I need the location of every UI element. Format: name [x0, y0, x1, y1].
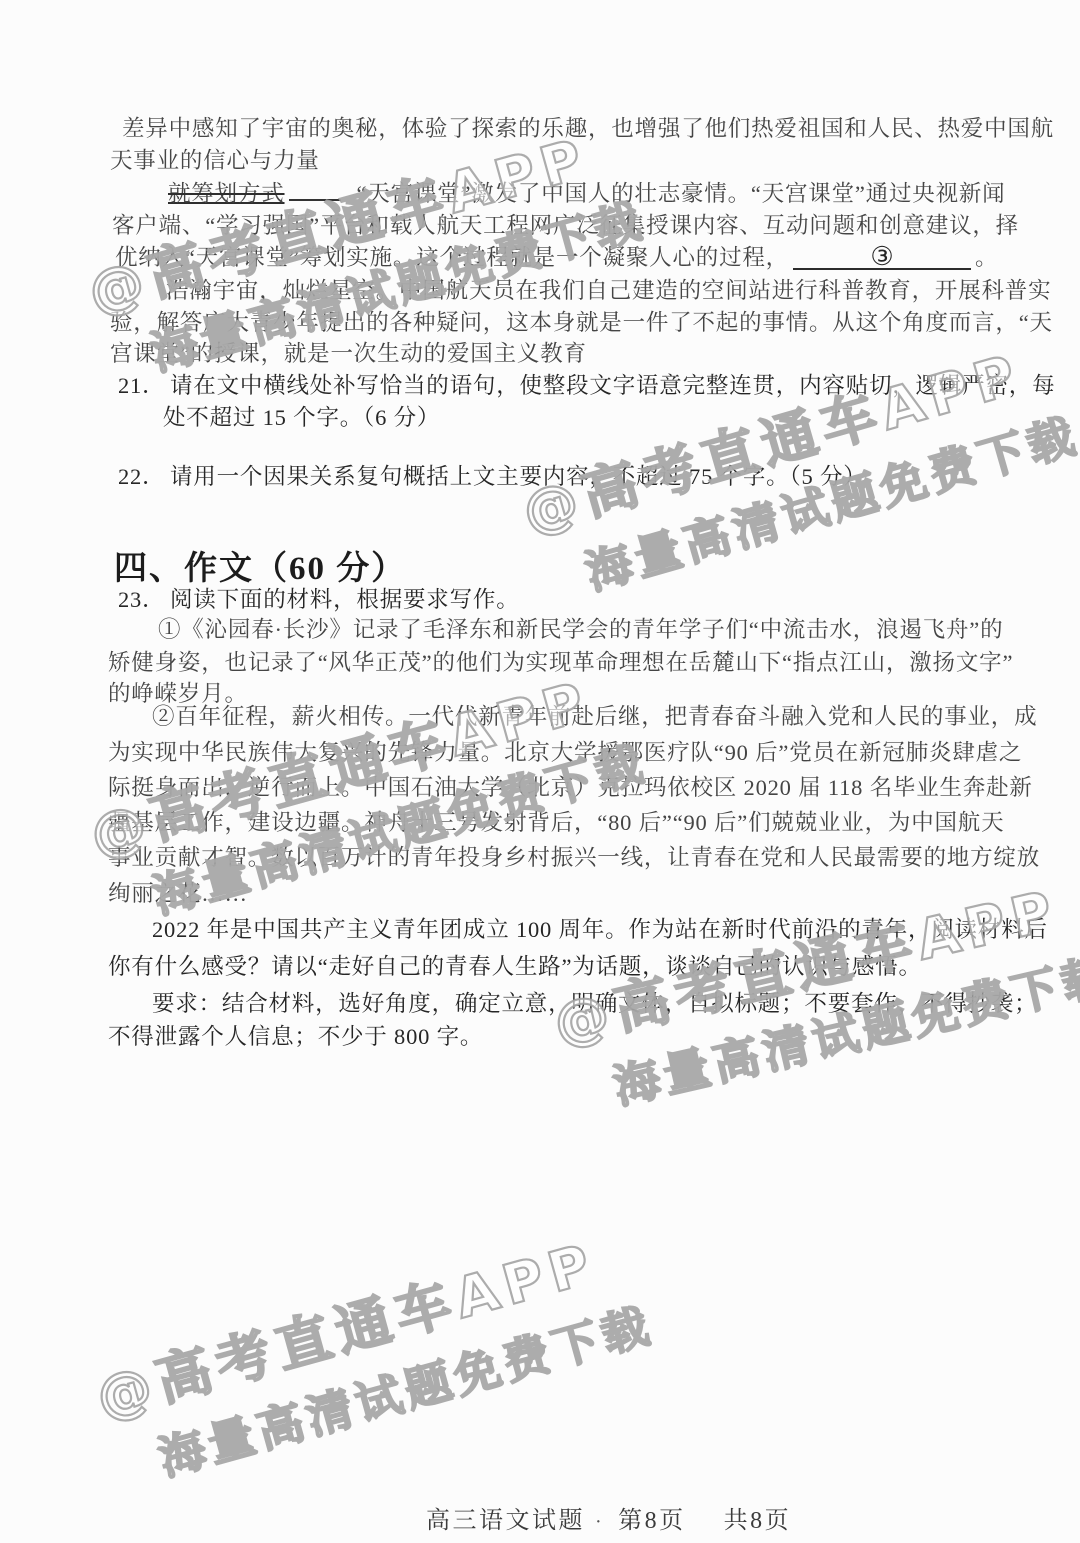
question-21-number: 21． — [118, 368, 170, 400]
question-22-number: 22． — [118, 459, 170, 491]
correction-line — [289, 195, 341, 201]
material-line: 不得泄露个人信息；不少于 800 字。 — [108, 1019, 483, 1051]
question-23-number: 23． — [118, 582, 170, 614]
watermark-app-name: @高考直通车APP — [86, 1209, 641, 1433]
circled-number-3: ③ — [870, 242, 893, 271]
fill-in-blank-3: ③ — [793, 247, 971, 270]
watermark-app-name: @高考直通车APP — [512, 319, 1066, 548]
material-line: ①《沁园春·长沙》记录了毛泽东和新民学会的青年学子们“中流击水，浪遏飞舟”的 — [158, 612, 1003, 644]
material-line: 要求：结合材料，选好角度，确定立意，明确文体，自拟标题；不要套作，不得抄袭； — [152, 986, 1037, 1018]
passage-line: 验，解答广大青少年提出的各种疑问，这本身就是一件了不起的事情。从这个角度而言，“… — [110, 305, 1053, 337]
question-23: 23．阅读下面的材料，根据要求写作。 — [118, 582, 520, 614]
material-line: 矫健身姿，也记录了“风华正茂”的他们为实现革命理想在岳麓山下“指点江山，激扬文字… — [108, 645, 1013, 677]
material-line: 为实现中华民族伟大复兴的先锋力量。北京大学援鄂医疗队“90 后”党员在新冠肺炎肆… — [108, 735, 1022, 767]
passage-line: 浩瀚宇宙，灿烂星空。中国航天员在我们自己建造的空间站进行科普教育，开展科普实 — [166, 273, 1051, 305]
material-line: 你有什么感受？请以“走好自己的青春人生路”为话题，谈谈自己的认识与感悟。 — [108, 949, 922, 981]
question-22: 22．请用一个因果关系复句概括上文主要内容，不超过 75 个字。（5 分） — [118, 459, 867, 491]
watermark-slogan: 海量高清试题免费下载 — [577, 399, 1080, 603]
passage-line: 客户端、“学习强国”平台和载人航天工程网广泛征集授课内容、互动问题和创意建议，择 — [112, 208, 1019, 240]
material-line: ②百年征程，薪火相传。一代代新青年前赴后继，把青春奋斗融入党和人民的事业，成 — [152, 699, 1037, 731]
watermark-slogan: 海量高清试题免费下载 — [151, 1289, 660, 1489]
passage-line: 宫课堂”的授课，就是一次生动的爱国主义教育 — [110, 336, 587, 368]
material-line: 2022 年是中国共产主义青年团成立 100 周年。作为站在新时代前沿的青年，阅… — [152, 912, 1048, 944]
passage-line: 天事业的信心与力量 — [110, 143, 320, 175]
passage-line-corrected: 就筹划方式“天宫课堂”激发了中国人的壮志豪情。“天宫课堂”通过央视新闻 — [168, 176, 1005, 208]
exam-paper-page: 差异中感知了宇宙的奥秘，体验了探索的乐趣，也增强了他们热爱祖国和人民、热爱中国航… — [0, 0, 1080, 1543]
passage-text: 优纳入“天宫课堂”筹划实施。这个过程就是一个凝聚人心的过程， — [115, 245, 789, 270]
question-21-line2: 处不超过 15 个字。（6 分） — [163, 400, 440, 432]
passage-text: “天宫课堂”激发了中国人的壮志豪情。“天宫课堂”通过央视新闻 — [357, 181, 1006, 206]
material-line: 际挺身而出，逆行而上。中国石油大学（北京）克拉玛依校区 2020 届 118 名… — [108, 770, 1033, 802]
question-22-text: 请用一个因果关系复句概括上文主要内容，不超过 75 个字。（5 分） — [170, 464, 867, 489]
question-23-text: 阅读下面的材料，根据要求写作。 — [170, 587, 520, 612]
footer-exam-title: 高三语文试题 — [426, 1500, 585, 1535]
watermark: @高考直通车APP 海量高清试题免费下载 — [86, 1209, 660, 1501]
footer-separator: · — [595, 1511, 604, 1534]
material-line: 疆基层工作，建设边疆。神舟十三号发射背后，“80 后”“90 后”们兢兢业业，为… — [108, 805, 1004, 837]
question-21-text: 请在文中横线处补写恰当的语句，使整段文字语意完整连贯，内容贴切，逻辑严密，每 — [170, 373, 1055, 398]
passage-text: 。 — [975, 245, 998, 270]
corrected-phrase: 就筹划方式 — [168, 181, 285, 206]
passage-line-with-blank: 优纳入“天宫课堂”筹划实施。这个过程就是一个凝聚人心的过程，③。 — [115, 240, 998, 272]
footer-total-pages: 共8页 — [724, 1500, 792, 1535]
passage-line: 差异中感知了宇宙的奥秘，体验了探索的乐趣，也增强了他们热爱祖国和人民、热爱中国航 — [122, 111, 1054, 143]
material-line: 绚丽之花…… — [108, 876, 248, 908]
question-21: 21．请在文中横线处补写恰当的语句，使整段文字语意完整连贯，内容贴切，逻辑严密，… — [118, 368, 1055, 400]
material-line: 事业贡献才智。数以百万计的青年投身乡村振兴一线，让青春在党和人民最需要的地方绽放 — [108, 840, 1040, 872]
page-footer: 高三语文试题 · 第8页 共8页 — [426, 1500, 791, 1535]
footer-page-number: 第8页 — [618, 1500, 686, 1535]
